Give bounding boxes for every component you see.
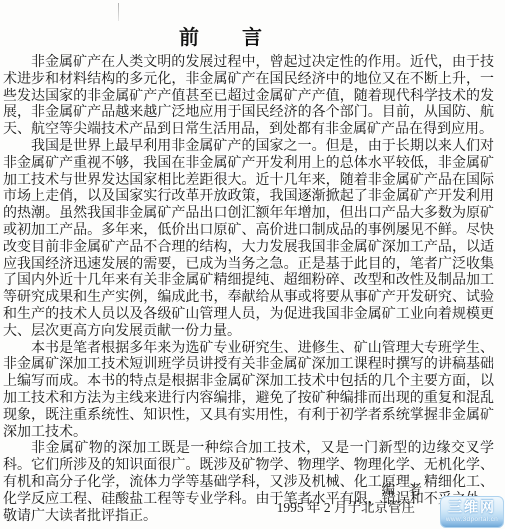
scan-artifact-dot xyxy=(110,485,112,487)
signature-author: 编 者 xyxy=(0,481,505,499)
signature-block: 编 者 1995 年 2 月于北京管庄 xyxy=(0,481,505,516)
watermark-url: www.3dportal.cn xyxy=(441,515,503,524)
paragraph-1: 非金属矿产在人类文明的发展过程中，曾起过决定性的作用。近代，由于技术进步和材料结… xyxy=(3,55,494,139)
preface-body: 非金属矿产在人类文明的发展过程中，曾起过决定性的作用。近代，由于技术进步和材料结… xyxy=(3,55,494,525)
scanned-document-page: 前 言 非金属矿产在人类文明的发展过程中，曾起过决定性的作用。近代，由于技术进步… xyxy=(0,0,505,529)
watermark-logo-text: 三维网 xyxy=(441,499,503,515)
signature-date: 1995 年 2 月于北京管庄 xyxy=(0,499,505,517)
watermark-badge: 三维网 www.3dportal.cn xyxy=(440,496,504,528)
page-title: 前 言 xyxy=(0,21,442,50)
scan-artifact-line xyxy=(118,3,119,21)
paragraph-3: 本书是笔者根据多年来为选矿专业研究生、进修生、矿山管理大专班学生、非金属矿深加工… xyxy=(3,341,494,442)
paragraph-2: 我国是世界上最早利用非金属矿产的国家之一。但是，由于长期以来人们对非金属矿产重视… xyxy=(3,139,494,341)
